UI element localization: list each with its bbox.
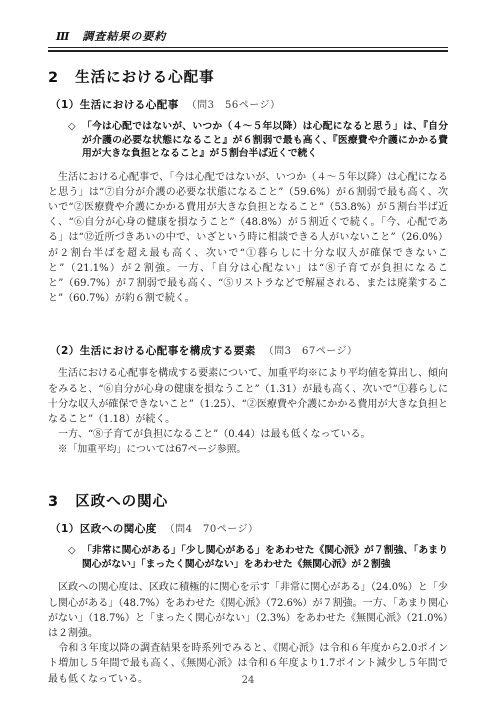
subsection-page-ref: （問3 56ページ） xyxy=(187,100,281,111)
section-number: 3 xyxy=(48,494,59,510)
vertical-spacer xyxy=(48,306,448,342)
body-paragraph-worries-1: 生活における心配事で、「今は心配ではないが、いつか（４～５年以降）は心配になると… xyxy=(48,170,448,307)
body-paragraph-worries-2a: 生活における心配事を構成する要素について、加重平均※により平均値を算出し、傾向を… xyxy=(48,366,448,427)
subsection-label: （2）生活における心配事を構成する要素 xyxy=(50,345,256,357)
section-interest: 3区政への関心 （1）区政への関心度 （問4 70ページ） ◇ 「非常に関心があ… xyxy=(48,490,448,686)
running-header-title: Ⅲ 調査結果の要約 xyxy=(48,28,448,48)
section-title-text: 区政への関心 xyxy=(75,494,168,510)
subsection-label: （1）区政への関心度 xyxy=(50,523,157,535)
footnote-weighted-average: ※「加重平均」については67ページ参照。 xyxy=(48,442,448,457)
key-finding-interest: ◇ 「非常に関心がある」「少し関心がある」をあわせた《関心派》が７割強、「あまり… xyxy=(68,544,448,571)
page-number: 24 xyxy=(0,675,496,686)
section-title-worries: 2生活における心配事 xyxy=(48,66,448,87)
body-paragraph-interest-1a: 区政への関心度は、区政に積極的に関心を示す「非常に関心がある」（24.0%）と「… xyxy=(48,580,448,641)
section-title-text: 生活における心配事 xyxy=(75,70,215,86)
subsection-heading-worries-1: （1）生活における心配事 （問3 56ページ） xyxy=(50,96,448,112)
subsection-page-ref: （問3 67ページ） xyxy=(264,346,358,357)
diamond-icon: ◇ xyxy=(68,120,82,134)
body-paragraph-worries-2b: 一方、“⑧子育てが負担になること”（0.44）は最も低くなっている。 xyxy=(48,427,448,442)
subsection-heading-interest-1: （1）区政への関心度 （問4 70ページ） xyxy=(50,520,448,536)
key-finding-text: 「今は心配ではないが、いつか（４～５年以降）は心配になると思う」は、『自分が介護… xyxy=(82,120,448,161)
section-worries: 2生活における心配事 （1）生活における心配事 （問3 56ページ） ◇ 「今は… xyxy=(48,66,448,457)
header-rule xyxy=(48,50,448,53)
vertical-spacer xyxy=(48,457,448,490)
subsection-heading-worries-2: （2）生活における心配事を構成する要素 （問3 67ページ） xyxy=(50,342,448,358)
section-title-interest: 3区政への関心 xyxy=(48,490,448,511)
diamond-icon: ◇ xyxy=(68,544,82,558)
key-finding-text: 「非常に関心がある」「少し関心がある」をあわせた《関心派》が７割強、「あまり関心… xyxy=(82,544,448,571)
page-content: Ⅲ 調査結果の要約 2生活における心配事 （1）生活における心配事 （問3 56… xyxy=(0,0,496,687)
subsection-page-ref: （問4 70ページ） xyxy=(165,524,259,535)
section-number: 2 xyxy=(48,70,59,86)
running-header: Ⅲ 調査結果の要約 xyxy=(48,28,448,52)
subsection-label: （1）生活における心配事 xyxy=(50,99,179,111)
document-page: Ⅲ 調査結果の要約 2生活における心配事 （1）生活における心配事 （問3 56… xyxy=(0,0,496,702)
key-finding-worries: ◇ 「今は心配ではないが、いつか（４～５年以降）は心配になると思う」は、『自分が… xyxy=(68,120,448,161)
